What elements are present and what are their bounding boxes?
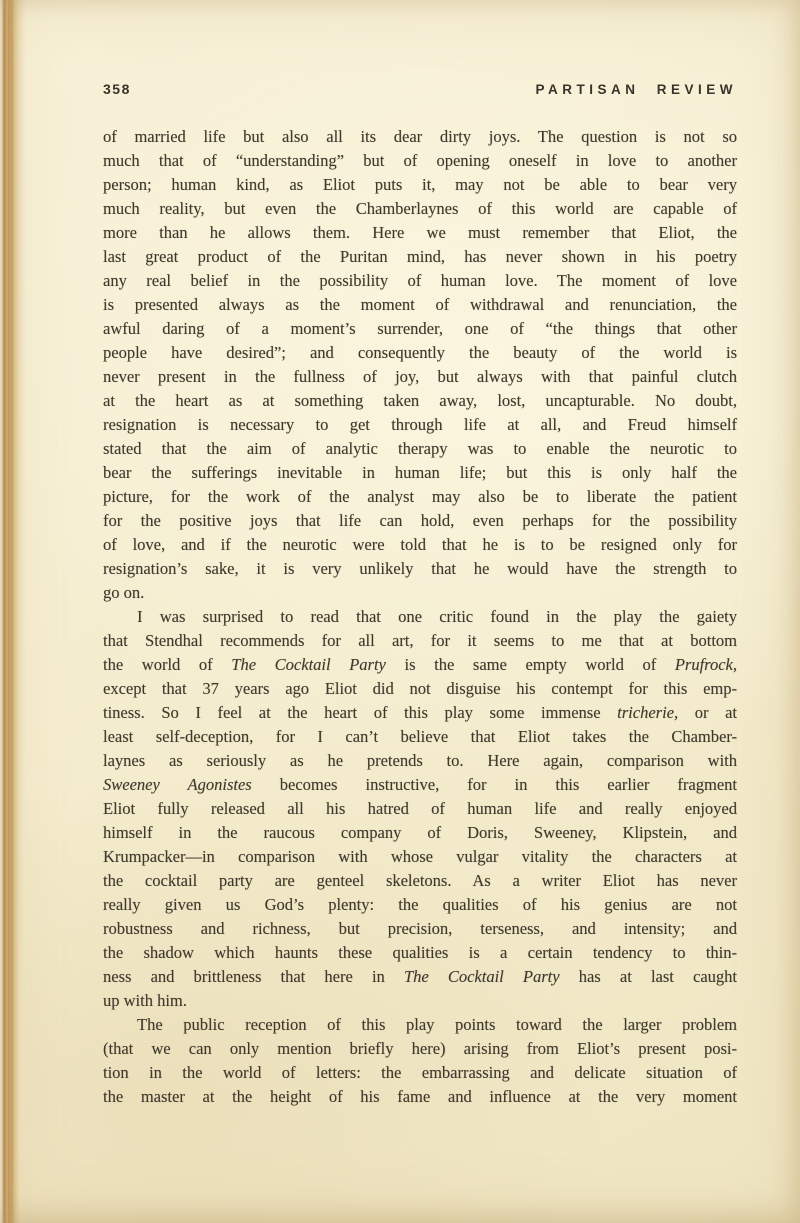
text-line: up with him. bbox=[103, 989, 737, 1013]
text-line: the world of The Cocktail Party is the s… bbox=[103, 653, 737, 677]
text-line: much that of “understanding” but of open… bbox=[103, 149, 737, 173]
text-line: resignation’s sake, it is very unlikely … bbox=[103, 557, 737, 581]
text-line: really given us God’s plenty: the qualit… bbox=[103, 893, 737, 917]
journal-title: PARTISAN REVIEW bbox=[535, 82, 737, 97]
text-line: the cocktail party are genteel skeletons… bbox=[103, 869, 737, 893]
text-line: stated that the aim of analytic therapy … bbox=[103, 437, 737, 461]
text-line: picture, for the work of the analyst may… bbox=[103, 485, 737, 509]
text-line: awful daring of a moment’s surrender, on… bbox=[103, 317, 737, 341]
text-line: I was surprised to read that one critic … bbox=[103, 605, 737, 629]
text-line: except that 37 years ago Eliot did not d… bbox=[103, 677, 737, 701]
text-line: is presented always as the moment of wit… bbox=[103, 293, 737, 317]
text-line: Krumpacker—in comparison with whose vulg… bbox=[103, 845, 737, 869]
text-line: Eliot fully released all his hatred of h… bbox=[103, 797, 737, 821]
text-line: least self-deception, for I can’t believ… bbox=[103, 725, 737, 749]
page-number: 358 bbox=[103, 81, 131, 97]
text-line: robustness and richness, but precision, … bbox=[103, 917, 737, 941]
text-line: go on. bbox=[103, 581, 737, 605]
text-block: of married life but also all its dear di… bbox=[103, 125, 737, 1109]
text-line: ness and brittleness that here in The Co… bbox=[103, 965, 737, 989]
text-line: person; human kind, as Eliot puts it, ma… bbox=[103, 173, 737, 197]
text-line: Sweeney Agonistes becomes instructive, f… bbox=[103, 773, 737, 797]
text-line: (that we can only mention briefly here) … bbox=[103, 1037, 737, 1061]
text-line: for the positive joys that life can hold… bbox=[103, 509, 737, 533]
text-line: never present in the fullness of joy, bu… bbox=[103, 365, 737, 389]
text-line: that Stendhal recommends for all art, fo… bbox=[103, 629, 737, 653]
text-line: tiness. So I feel at the heart of this p… bbox=[103, 701, 737, 725]
text-line: himself in the raucous company of Doris,… bbox=[103, 821, 737, 845]
text-line: people have desired”; and consequently t… bbox=[103, 341, 737, 365]
text-line: The public reception of this play points… bbox=[103, 1013, 737, 1037]
text-line: more than he allows them. Here we must r… bbox=[103, 221, 737, 245]
text-line: last great product of the Puritan mind, … bbox=[103, 245, 737, 269]
text-line: resignation is necessary to get through … bbox=[103, 413, 737, 437]
text-line: tion in the world of letters: the embarr… bbox=[103, 1061, 737, 1085]
text-line: the master at the height of his fame and… bbox=[103, 1085, 737, 1109]
text-line: of love, and if the neurotic were told t… bbox=[103, 533, 737, 557]
book-binding-edge bbox=[0, 0, 26, 1223]
text-line: any real belief in the possibility of hu… bbox=[103, 269, 737, 293]
text-line: the shadow which haunts these qualities … bbox=[103, 941, 737, 965]
text-line: of married life but also all its dear di… bbox=[103, 125, 737, 149]
text-line: much reality, but even the Chamberlaynes… bbox=[103, 197, 737, 221]
page-header: 358 PARTISAN REVIEW bbox=[103, 81, 737, 97]
text-line: bear the sufferings inevitable in human … bbox=[103, 461, 737, 485]
text-line: laynes as seriously as he pretends to. H… bbox=[103, 749, 737, 773]
text-line: at the heart as at something taken away,… bbox=[103, 389, 737, 413]
scanned-page: 358 PARTISAN REVIEW of married life but … bbox=[0, 0, 800, 1223]
